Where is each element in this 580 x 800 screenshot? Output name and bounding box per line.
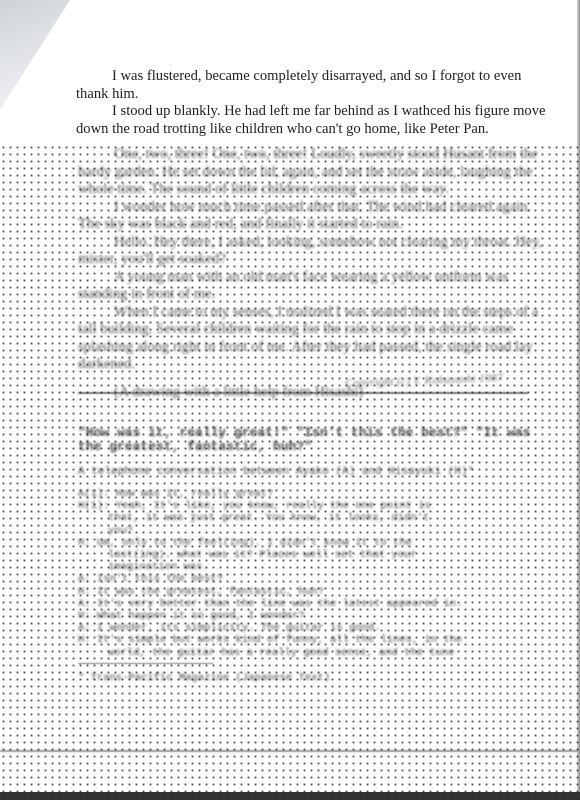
section-divider [78, 392, 528, 394]
dialog-line: world, the guitar has a really good sens… [78, 647, 548, 659]
dialog-line: H: Um, only to the feel(ing). I didn't k… [78, 537, 548, 549]
dialog-line: A: Isn't this the best? [78, 573, 548, 585]
dialog-line: H: It was the greatest, fantastic, huh? [78, 586, 548, 598]
dialog-line: H(1): Yeah, It's like, you know, really … [78, 500, 548, 512]
dialog-transcript: A(1): How was it, really great?H(1): Yea… [78, 488, 548, 659]
paragraph: I wonder how much time passed after that… [78, 199, 548, 234]
page-folded-corner [0, 0, 70, 110]
dialog-line: A(1): How was it, really great? [78, 488, 548, 500]
faded-text-block: One, two, three! One, two, three! Loudly… [78, 146, 548, 401]
footnote: * Trans-Pacific Magazine (Japanese Text) [78, 672, 330, 684]
dialog-line: H: It's simple but works kind of funny, … [78, 634, 548, 646]
dialog-caption: A telephone conversation between Ayako (… [78, 466, 548, 478]
paragraph: One, two, three! One, two, three! Loudly… [78, 146, 548, 199]
footnote-divider [78, 663, 213, 664]
dialog-line: that, it was just great. You know, it lo… [78, 512, 548, 524]
dialog-line: A: I wonder, its simplicity. The guitar … [78, 622, 548, 634]
paragraph: A young man with an old man's face weari… [78, 269, 548, 304]
dialog-line: imagination was. [78, 561, 548, 573]
scan-bottom-edge [0, 792, 580, 800]
page-bottom-rule [0, 750, 580, 752]
quote-heading: "How was it, really great!" "Isn't this … [78, 426, 548, 454]
scanned-document-page: I was flustered, became completely disar… [0, 0, 580, 800]
paragraph: I was flustered, became completely disar… [76, 68, 551, 103]
paragraph: I stood up blankly. He had left me far b… [76, 103, 551, 138]
paragraph: When I came to my senses, I realized I w… [78, 304, 548, 374]
dialog-line: you? [78, 525, 548, 537]
dialog-line: H: What happen it so good, I wonder? [78, 610, 548, 622]
legible-text-block: I was flustered, became completely disar… [76, 68, 551, 138]
paragraph: Hello. Hey there, I asked, looking, some… [78, 234, 548, 269]
dialog-line: last(ing). what was it? Places well set … [78, 549, 548, 561]
dialog-line: A: It's very better than the line was th… [78, 598, 548, 610]
